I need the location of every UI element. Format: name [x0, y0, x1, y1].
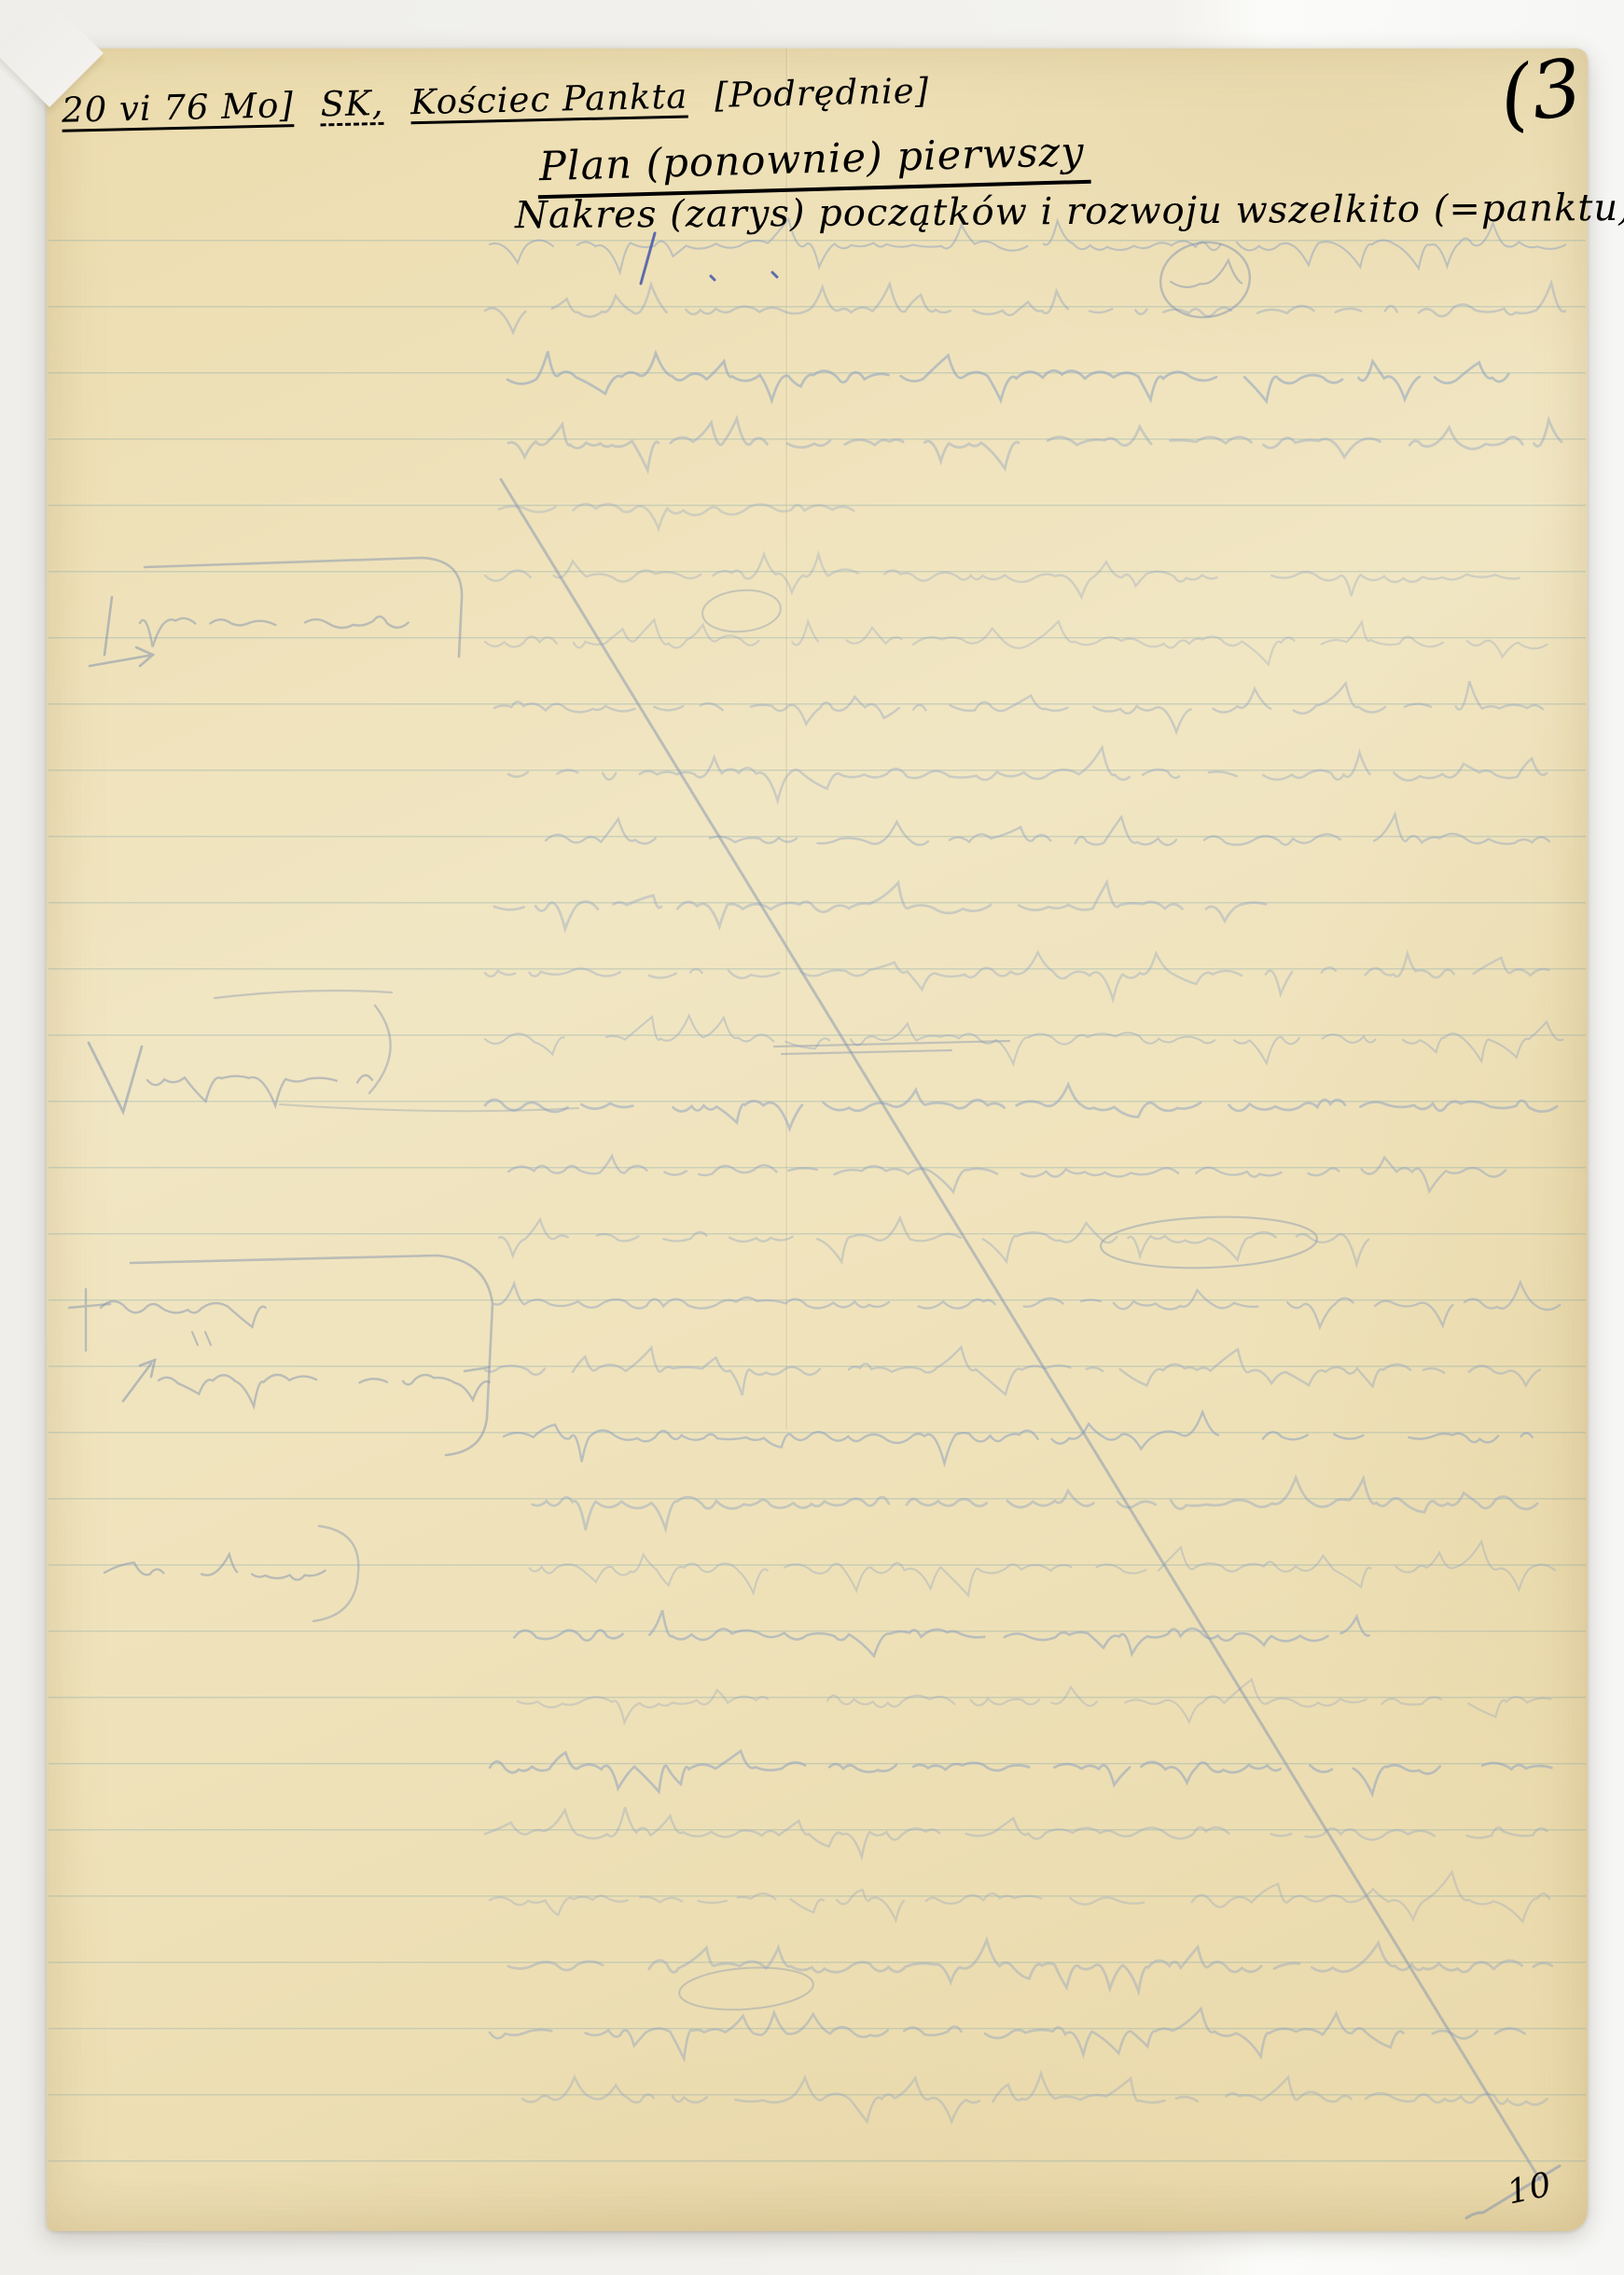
bleedthrough-text-line: [490, 2008, 1525, 2059]
bleedthrough-text-line: [508, 747, 1547, 800]
margin-word-b: [147, 1075, 372, 1106]
margin-bracket-a: [145, 558, 462, 657]
bleedthrough-text-line: [508, 1156, 1554, 1192]
bleedthrough-text-line: [485, 1016, 1562, 1064]
diagonal-pencil-line: [501, 479, 1540, 2180]
margin-bracket-c: [131, 1255, 493, 1455]
margin-word-a: [140, 617, 409, 647]
margin-arc-b: [215, 991, 392, 998]
bleedthrough-text-line: [494, 1283, 1560, 1327]
margin-arc-b2: [280, 1104, 578, 1111]
bleedthrough-text-line: [518, 1680, 1551, 1723]
margin-arrow-a: [90, 597, 153, 666]
bleedthrough-text-line: [507, 352, 1545, 402]
margin-word-c2: [159, 1375, 490, 1407]
bleedthrough-text-line: [485, 1807, 1547, 1856]
bleedthrough-text-line: [485, 1085, 1557, 1130]
pencil-circled-doodle: [1171, 260, 1242, 287]
bleedthrough-text-line: [485, 952, 1548, 1000]
bleedthrough-text-line: [504, 1412, 1533, 1463]
bleedthrough-text-line: [490, 1751, 1551, 1794]
bleedthrough-text-line: [485, 554, 1550, 597]
bleedthrough-text-line: [522, 2074, 1548, 2122]
bleedthrough-text-line: [546, 814, 1549, 845]
margin-quote-c: [192, 1332, 211, 1345]
bleedthrough-text-line: [508, 1940, 1552, 1991]
bleedthrough-handwriting-layer: [0, 0, 1624, 2275]
pencil-circled-word: [701, 587, 783, 634]
margin-plus-c: [69, 1289, 110, 1351]
bleedthrough-text-line: [485, 283, 1565, 332]
bleedthrough-text-line: [508, 419, 1562, 470]
margin-word-d: [104, 1554, 326, 1579]
bleedthrough-text-line: [490, 1872, 1549, 1921]
pencil-circled-word: [678, 1963, 815, 2014]
scanned-manuscript-page: 20 vi 76 Mo] SK, Kościec Pankta [Podrędn…: [0, 0, 1624, 2275]
bleedthrough-text-line: [494, 882, 1266, 929]
margin-word-c1: [101, 1301, 266, 1327]
bleedthrough-text-line: [485, 619, 1548, 664]
margin-arrow-c: [123, 1360, 155, 1401]
bleedthrough-text-line: [499, 1218, 1368, 1265]
bleedthrough-text-line: [514, 1610, 1368, 1656]
footer-check-slash: [1466, 2166, 1560, 2218]
bleedthrough-text-line: [485, 1347, 1569, 1395]
bleedthrough-text-line: [533, 1477, 1567, 1530]
bleedthrough-text-line: [530, 1542, 1556, 1596]
margin-check-b: [89, 1043, 142, 1112]
pencil-circled-phrase: [1100, 1214, 1318, 1271]
bleedthrough-text-line: [499, 504, 854, 528]
